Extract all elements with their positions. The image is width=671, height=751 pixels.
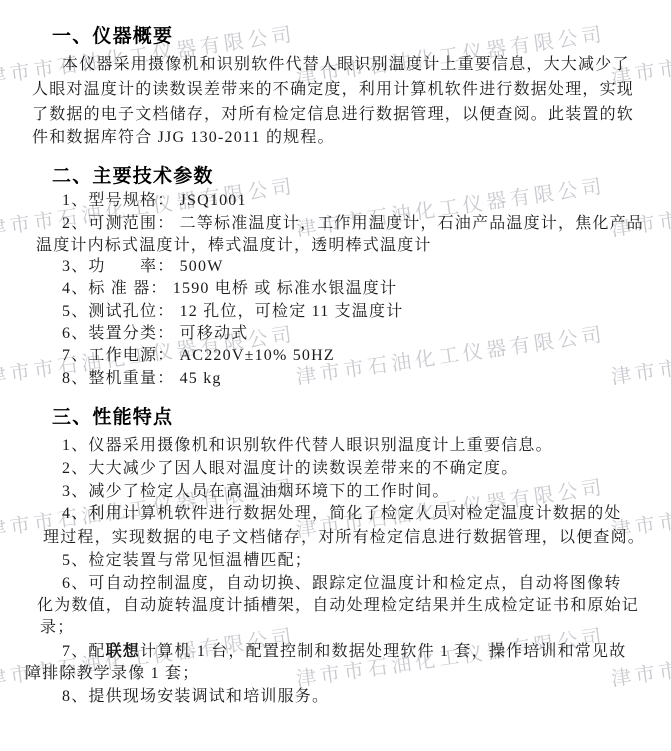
spec-item-range: 2、可测范围： 二等标准温度计，工作用温度计，石油产品温度计，焦化产品 — [62, 215, 644, 233]
watermark-text: 津市市石油化工仪器有限公司 — [295, 325, 607, 388]
text-line: 人眼对温度计的读数误差带来的不确定度，利用计算机软件进行数据处理，实现 — [32, 81, 634, 99]
section2-heading: 二、主要技术参数 — [52, 167, 214, 188]
spec-item-slots: 5、测试孔位： 12 孔位，可检定 11 支温度计 — [62, 303, 403, 321]
watermark-text: 津市市石油化工仪器有限公司 — [610, 325, 671, 388]
spec-item-supply: 7、工作电源： AC220V±10% 50HZ — [62, 347, 335, 365]
feature-item-wrap: 录； — [40, 619, 74, 637]
spec-item-standard: 4、标 准 器： 1590 电桥 或 标准水银温度计 — [62, 280, 397, 298]
feature-item7-rest: 计算机 1 台，配置控制和数据处理软件 1 套，操作培训和常见故 — [140, 643, 626, 660]
text-line: 本仪器采用摄像机和识别软件代替人眼识别温度计上重要信息，大大减少了 — [62, 56, 630, 74]
feature-item-wrap: 化为数值，自动旋转温度计插槽架，自动处理检定结果并生成检定证书和原始记 — [37, 597, 639, 615]
text-line: 了数据的电子文档储存，对所有检定信息进行数据管理，以便查阅。此装置的软 — [32, 106, 634, 124]
spec-item-model: 1、型号规格： JSQ1001 — [62, 192, 247, 210]
section1-heading: 一、仪器概要 — [52, 27, 173, 48]
feature-item-wrap: 障排除教学录像 1 套； — [25, 665, 199, 683]
feature-item: 8、提供现场安装调试和培训服务。 — [62, 688, 329, 706]
feature-item7-prefix: 7、配 — [62, 643, 106, 660]
document-page: 津市市石油化工仪器有限公司 津市市石油化工仪器有限公司 津市市石油化工仪器有限公… — [0, 0, 671, 751]
feature-item-wrap: 理过程，实现数据的电子文档储存，对所有检定信息进行数据管理，以便查阅。 — [43, 529, 645, 547]
feature-item: 4、利用计算机软件进行数据处理，简化了检定人员对检定温度计数据的处 — [62, 505, 622, 523]
feature-item: 1、仪器采用摄像机和识别软件代替人眼识别温度计上重要信息。 — [62, 437, 553, 455]
spec-item-type: 6、装置分类： 可移动式 — [62, 325, 248, 343]
text-line: 件和数据库符合 JJG 130-2011 的规程。 — [32, 129, 335, 147]
spec-item-power: 3、功 率： 500W — [62, 258, 224, 276]
feature-item: 3、减少了检定人员在高温油烟环境下的工作时间。 — [62, 483, 450, 501]
section3-heading: 三、性能特点 — [52, 408, 173, 429]
feature-item: 5、检定装置与常见恒温槽匹配； — [62, 552, 312, 570]
spec-item-weight: 8、整机重量： 45 kg — [62, 370, 222, 388]
spec-item-range-wrap: 温度计内标式温度计，棒式温度计，透明棒式温度计 — [36, 237, 432, 255]
feature-item7-brand: 联想 — [106, 643, 140, 660]
feature-item: 2、大大减少了因人眼对温度计的读数误差带来的不确定度。 — [62, 460, 518, 478]
feature-item: 7、配联想计算机 1 台，配置控制和数据处理软件 1 套，操作培训和常见故 — [62, 643, 626, 661]
feature-item: 6、可自动控制温度，自动切换、跟踪定位温度计和检定点，自动将图像转 — [62, 575, 622, 593]
